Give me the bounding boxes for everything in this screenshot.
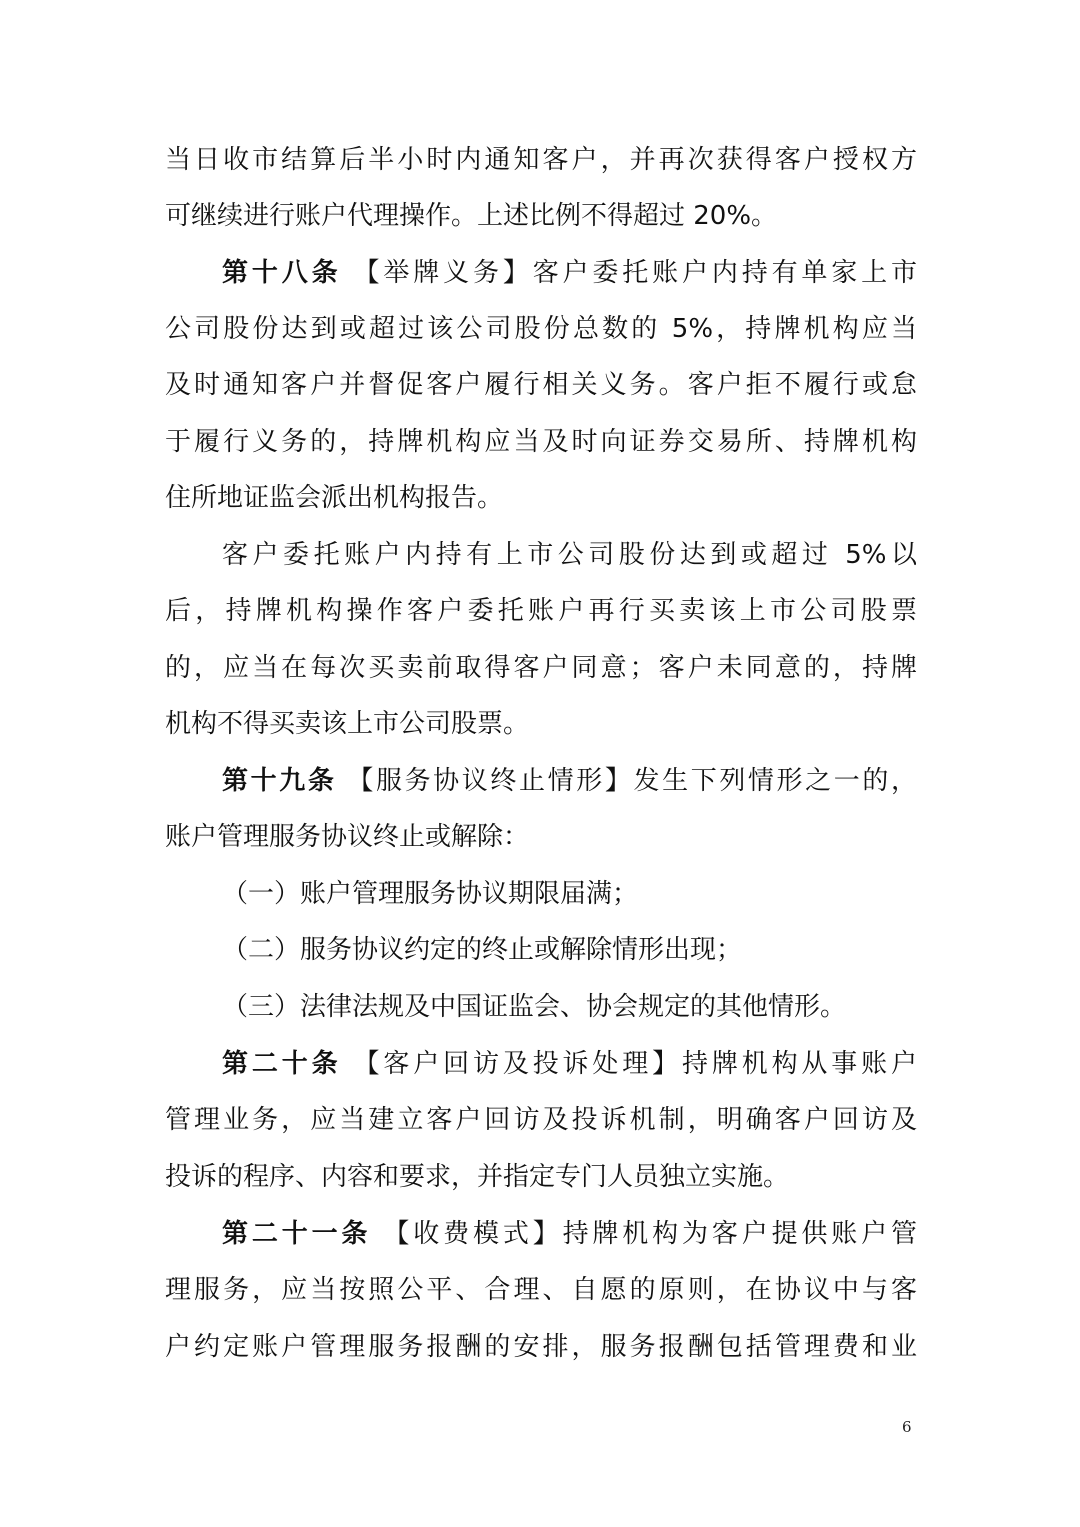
paragraph-start: 客户委托账户内持有上市公司股份达到或超过 5%以 xyxy=(222,535,917,575)
article-text: 【举牌义务】客户委托账户内持有单家上市 xyxy=(341,258,917,288)
text-line: 及时通知客户并督促客户履行相关义务。客户拒不履行或怠 xyxy=(165,365,917,405)
text-line: 当日收市结算后半小时内通知客户，并再次获得客户授权方 xyxy=(165,140,917,180)
text-line: 机构不得买卖该上市公司股票。 xyxy=(165,704,917,744)
text-line: 户约定账户管理服务报酬的安排，服务报酬包括管理费和业 xyxy=(165,1327,917,1367)
article-18-heading: 第十八条 【举牌义务】客户委托账户内持有单家上市 xyxy=(222,253,917,293)
text-line: 后，持牌机构操作客户委托账户再行买卖该上市公司股票 xyxy=(165,591,917,631)
text-line: 可继续进行账户代理操作。上述比例不得超过 20%。 xyxy=(165,196,917,236)
article-19-heading: 第十九条 【服务协议终止情形】发生下列情形之一的， xyxy=(222,761,917,801)
article-number: 第二十条 xyxy=(222,1049,341,1079)
list-item: （二）服务协议约定的终止或解除情形出现； xyxy=(222,930,742,970)
page-number: 6 xyxy=(902,1418,912,1436)
article-text: 【服务协议终止情形】发生下列情形之一的， xyxy=(336,766,917,796)
text-line: 理服务，应当按照公平、合理、自愿的原则，在协议中与客 xyxy=(165,1270,917,1310)
article-number: 第二十一条 xyxy=(222,1219,371,1249)
article-number: 第十九条 xyxy=(222,766,336,796)
document-page: 当日收市结算后半小时内通知客户，并再次获得客户授权方 可继续进行账户代理操作。上… xyxy=(0,0,1080,1527)
list-item: （一）账户管理服务协议期限届满； xyxy=(222,874,638,914)
article-text: 【收费模式】持牌机构为客户提供账户管 xyxy=(371,1219,917,1249)
text-line: 的，应当在每次买卖前取得客户同意；客户未同意的，持牌 xyxy=(165,648,917,688)
article-text: 【客户回访及投诉处理】持牌机构从事账户 xyxy=(341,1049,917,1079)
article-20-heading: 第二十条 【客户回访及投诉处理】持牌机构从事账户 xyxy=(222,1044,917,1084)
text-line: 管理业务，应当建立客户回访及投诉机制，明确客户回访及 xyxy=(165,1100,917,1140)
text-line: 投诉的程序、内容和要求，并指定专门人员独立实施。 xyxy=(165,1157,917,1197)
text-line: 于履行义务的，持牌机构应当及时向证券交易所、持牌机构 xyxy=(165,422,917,462)
article-number: 第十八条 xyxy=(222,258,341,288)
text-line: 公司股份达到或超过该公司股份总数的 5%，持牌机构应当 xyxy=(165,309,917,349)
article-21-heading: 第二十一条 【收费模式】持牌机构为客户提供账户管 xyxy=(222,1214,917,1254)
text-line: 账户管理服务协议终止或解除： xyxy=(165,817,917,857)
text-line: 住所地证监会派出机构报告。 xyxy=(165,478,917,518)
list-item: （三）法律法规及中国证监会、协会规定的其他情形。 xyxy=(222,987,846,1027)
